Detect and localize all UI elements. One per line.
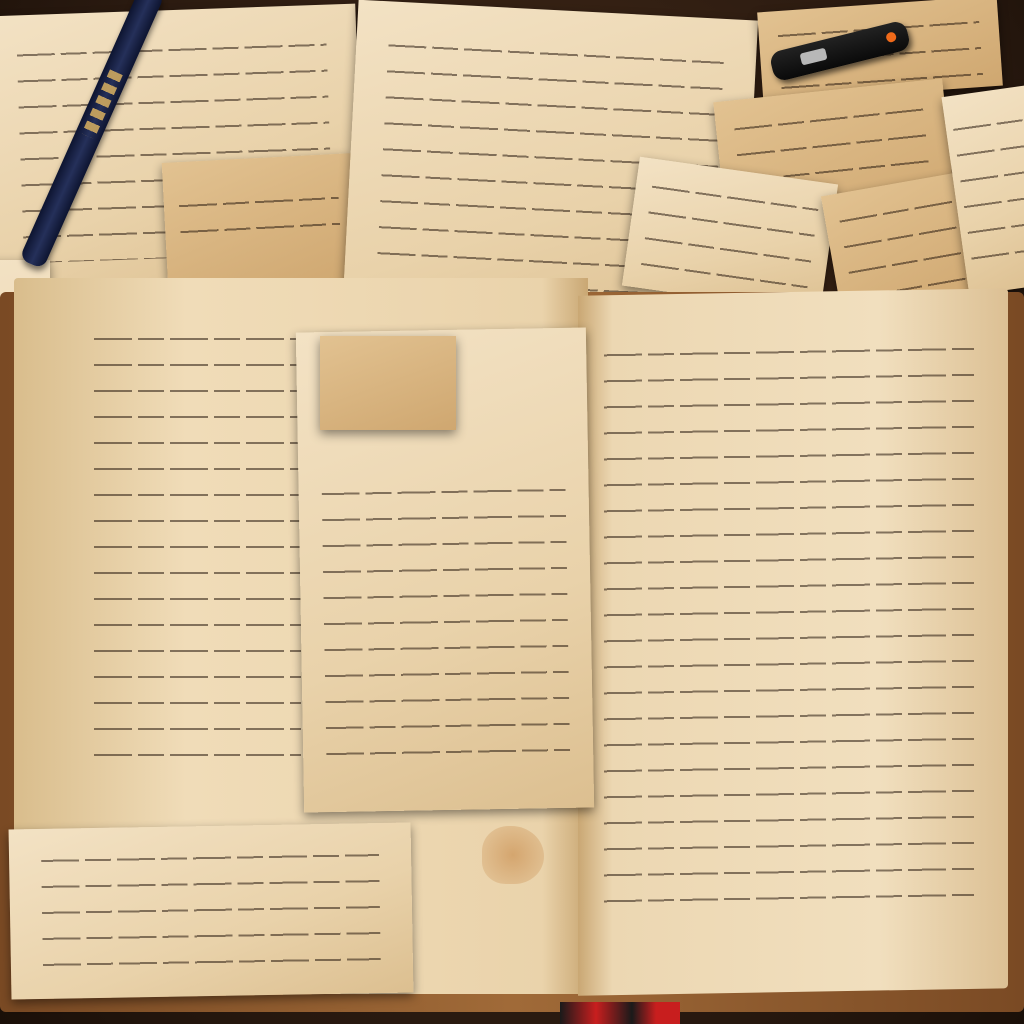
journal-photo: [0, 0, 1024, 1024]
handwriting: [41, 837, 381, 986]
handwriting: [322, 472, 571, 774]
pen-clip: [799, 48, 827, 66]
handwriting: [604, 331, 974, 911]
right-page: [578, 288, 1008, 996]
pen-light: [885, 31, 897, 43]
pasted-tab: [320, 336, 456, 430]
handwriting: [178, 180, 341, 253]
ribbon-bookmark: [560, 1002, 680, 1024]
handwriting: [94, 321, 301, 779]
paper-stain: [482, 826, 544, 884]
pasted-note-bottom-left: [9, 823, 414, 1000]
